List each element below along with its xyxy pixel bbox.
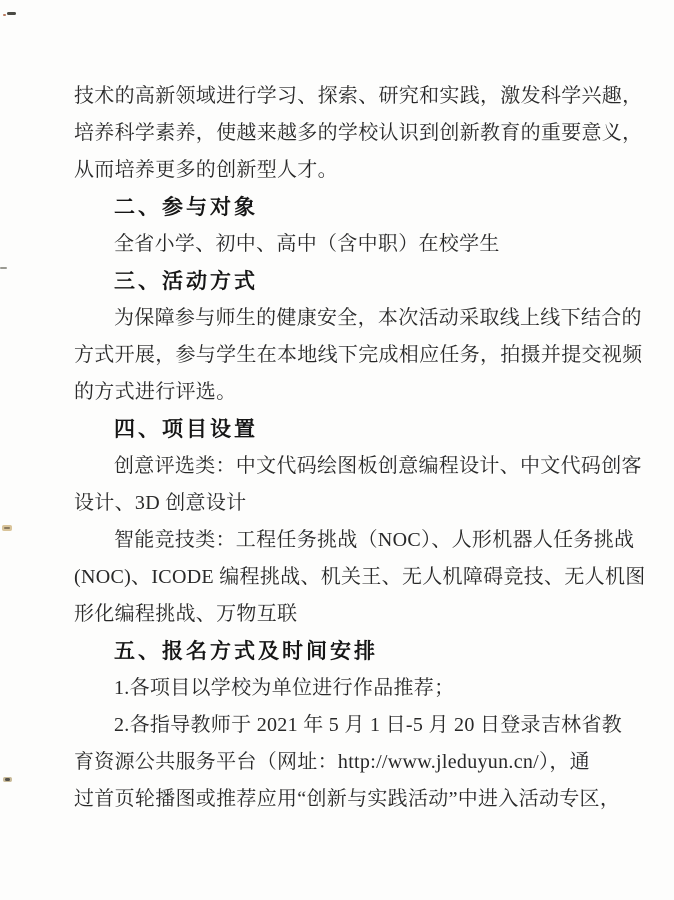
section-heading-registration: 五、报名方式及时间安排 bbox=[74, 633, 640, 670]
scan-speck-icon bbox=[4, 527, 10, 529]
text-line: 设计、3D 创意设计 bbox=[74, 485, 640, 522]
text-line: 形化编程挑战、万物互联 bbox=[74, 596, 640, 633]
text-line: 全省小学、初中、高中（含中职）在校学生 bbox=[74, 226, 640, 263]
section-heading-activity-mode: 三、活动方式 bbox=[74, 263, 640, 300]
section-heading-project-setup: 四、项目设置 bbox=[74, 411, 640, 448]
text-line: (NOC)、ICODE 编程挑战、机关王、无人机障碍竞技、无人机图 bbox=[74, 559, 640, 596]
text-line: 2.各指导教师于 2021 年 5 月 1 日-5 月 20 日登录吉林省教 bbox=[74, 707, 640, 744]
document-body: 技术的高新领域进行学习、探索、研究和实践，激发科学兴趣， 培养科学素养，使越来越… bbox=[74, 78, 640, 818]
text-line: 从而培养更多的创新型人才。 bbox=[74, 152, 640, 189]
scan-speck-icon bbox=[3, 14, 6, 16]
text-line: 智能竞技类：工程任务挑战（NOC）、人形机器人任务挑战 bbox=[74, 522, 640, 559]
scan-speck-icon bbox=[0, 267, 7, 269]
text-line: 过首页轮播图或推荐应用“创新与实践活动”中进入活动专区， bbox=[74, 781, 640, 818]
scan-speck-icon bbox=[5, 778, 10, 781]
scanned-document-page: 技术的高新领域进行学习、探索、研究和实践，激发科学兴趣， 培养科学素养，使越来越… bbox=[0, 0, 674, 900]
text-line: 培养科学素养，使越来越多的学校认识到创新教育的重要意义， bbox=[74, 115, 640, 152]
text-line: 1.各项目以学校为单位进行作品推荐； bbox=[74, 670, 640, 707]
text-line: 为保障参与师生的健康安全，本次活动采取线上线下结合的 bbox=[74, 300, 640, 337]
scan-speck-icon bbox=[7, 12, 16, 15]
text-line: 创意评选类：中文代码绘图板创意编程设计、中文代码创客 bbox=[74, 448, 640, 485]
text-line: 技术的高新领域进行学习、探索、研究和实践，激发科学兴趣， bbox=[74, 78, 640, 115]
section-heading-participants: 二、参与对象 bbox=[74, 189, 640, 226]
text-line: 的方式进行评选。 bbox=[74, 374, 640, 411]
text-line: 育资源公共服务平台（网址：http://www.jleduyun.cn/），通 bbox=[74, 744, 640, 781]
text-line: 方式开展，参与学生在本地线下完成相应任务，拍摄并提交视频 bbox=[74, 337, 640, 374]
